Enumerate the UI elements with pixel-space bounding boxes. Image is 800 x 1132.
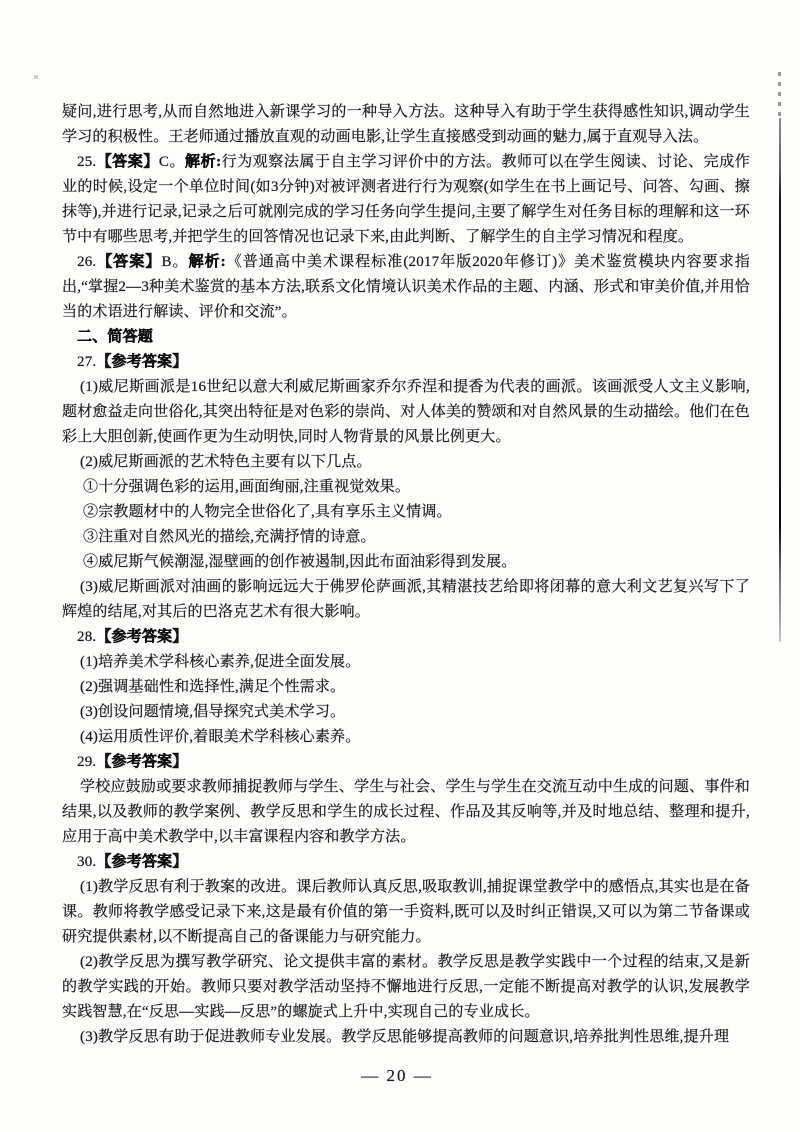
bold-run: 【参考答案】 <box>96 354 187 370</box>
paragraph: 二、简答题 <box>62 325 750 350</box>
paragraph: (2)强调基础性和选择性,满足个性需求。 <box>62 675 750 700</box>
text-run: 27. <box>77 354 96 370</box>
bold-run: 【参考答案】 <box>96 854 187 870</box>
paragraph: ②宗教题材中的人物完全世俗化了,具有享乐主义情调。 <box>62 500 750 525</box>
paragraph: (1)教学反思有利于教案的改进。课后教师认真反思,吸取教训,捕捉课堂教学中的感悟… <box>62 875 750 950</box>
text-run: B。 <box>161 254 188 270</box>
text-run: 29. <box>77 754 96 770</box>
paragraph: 28.【参考答案】 <box>62 625 750 650</box>
bold-run: 解析: <box>189 254 226 270</box>
bold-run: 【参考答案】 <box>96 629 187 645</box>
text-run: ④威尼斯气候潮湿,湿壁画的创作被遏制,因此布面油彩得到发展。 <box>83 554 517 570</box>
document-body: 疑问,进行思考,从而自然地进入新课学习的一种导入方法。这种导入有助于学生获得感性… <box>62 100 750 1050</box>
text-run: (2)威尼斯画派的艺术特色主要有以下几点。 <box>80 454 372 470</box>
paragraph: (3)威尼斯画派对油画的影响远远大于佛罗伦萨画派,其精湛技艺给即将闭幕的意大利文… <box>62 575 750 625</box>
paragraph: (2)威尼斯画派的艺术特色主要有以下几点。 <box>62 450 750 475</box>
text-run: (2)教学反思为撰写教学研究、论文提供丰富的素材。教学反思是教学实践中一个过程的… <box>62 954 750 1020</box>
text-run: (4)运用质性评价,着眼美术学科核心素养。 <box>80 729 360 745</box>
paragraph: ①十分强调色彩的运用,画面绚丽,注重视觉效果。 <box>62 475 750 500</box>
bold-run: 【答案】 <box>96 154 159 170</box>
text-run: (1)培养美术学科核心素养,促进全面发展。 <box>80 654 360 670</box>
text-run: (3)威尼斯画派对油画的影响远远大于佛罗伦萨画派,其精湛技艺给即将闭幕的意大利文… <box>62 579 750 620</box>
paragraph: 29.【参考答案】 <box>62 750 750 775</box>
paragraph: 30.【参考答案】 <box>62 850 750 875</box>
scan-edge-dashes <box>778 72 781 120</box>
scan-edge-line <box>779 118 781 642</box>
paragraph: (4)运用质性评价,着眼美术学科核心素养。 <box>62 725 750 750</box>
bold-run: 【参考答案】 <box>96 754 187 770</box>
paragraph: (1)培养美术学科核心素养,促进全面发展。 <box>62 650 750 675</box>
paragraph: (3)创设问题情境,倡导探究式美术学习。 <box>62 700 750 725</box>
paragraph: ④威尼斯气候潮湿,湿壁画的创作被遏制,因此布面油彩得到发展。 <box>62 550 750 575</box>
text-run: 28. <box>77 629 96 645</box>
paragraph: 27.【参考答案】 <box>62 350 750 375</box>
scan-speck <box>34 75 38 79</box>
scanned-document-page: 疑问,进行思考,从而自然地进入新课学习的一种导入方法。这种导入有助于学生获得感性… <box>0 0 800 1132</box>
text-run: ②宗教题材中的人物完全世俗化了,具有享乐主义情调。 <box>83 504 452 520</box>
text-run: ③注重对自然风光的描绘,充满抒情的诗意。 <box>83 529 376 545</box>
paragraph: 疑问,进行思考,从而自然地进入新课学习的一种导入方法。这种导入有助于学生获得感性… <box>62 100 750 150</box>
text-run: C。 <box>159 154 185 170</box>
paragraph: (2)教学反思为撰写教学研究、论文提供丰富的素材。教学反思是教学实践中一个过程的… <box>62 950 750 1025</box>
text-run: 26. <box>77 254 96 270</box>
paragraph: (3)教学反思有助于促进教师专业发展。教学反思能够提高教师的问题意识,培养批判性… <box>62 1025 750 1050</box>
text-run: (1)威尼斯画派是16世纪以意大利威尼斯画家乔尔乔涅和提香为代表的画派。该画派受… <box>62 379 750 445</box>
bold-run: 解析: <box>185 154 221 170</box>
bold-run: 二、简答题 <box>77 329 153 345</box>
paragraph: 学校应鼓励或要求教师捕捉教师与学生、学生与社会、学生与学生在交流互动中生成的问题… <box>62 775 750 850</box>
text-run: 30. <box>77 854 96 870</box>
paragraph: 26.【答案】B。解析:《普通高中美术课程标准(2017年版2020年修订)》美… <box>62 250 750 325</box>
bold-run: 【答案】 <box>96 254 161 270</box>
text-run: (1)教学反思有利于教案的改进。课后教师认真反思,吸取教训,捕捉课堂教学中的感悟… <box>62 879 750 945</box>
text-run: (3)创设问题情境,倡导探究式美术学习。 <box>80 704 345 720</box>
text-run: (3)教学反思有助于促进教师专业发展。教学反思能够提高教师的问题意识,培养批判性… <box>80 1029 729 1045</box>
paragraph: 25.【答案】C。解析:行为观察法属于自主学习评价中的方法。教师可以在学生阅读、… <box>62 150 750 250</box>
page-number: — 20 — <box>62 1066 732 1086</box>
text-run: (2)强调基础性和选择性,满足个性需求。 <box>80 679 345 695</box>
text-run: 疑问,进行思考,从而自然地进入新课学习的一种导入方法。这种导入有助于学生获得感性… <box>62 104 750 145</box>
paragraph: ③注重对自然风光的描绘,充满抒情的诗意。 <box>62 525 750 550</box>
text-run: ①十分强调色彩的运用,画面绚丽,注重视觉效果。 <box>83 479 410 495</box>
paragraph: (1)威尼斯画派是16世纪以意大利威尼斯画家乔尔乔涅和提香为代表的画派。该画派受… <box>62 375 750 450</box>
text-run: 学校应鼓励或要求教师捕捉教师与学生、学生与社会、学生与学生在交流互动中生成的问题… <box>62 779 750 845</box>
text-run: 25. <box>77 154 96 170</box>
